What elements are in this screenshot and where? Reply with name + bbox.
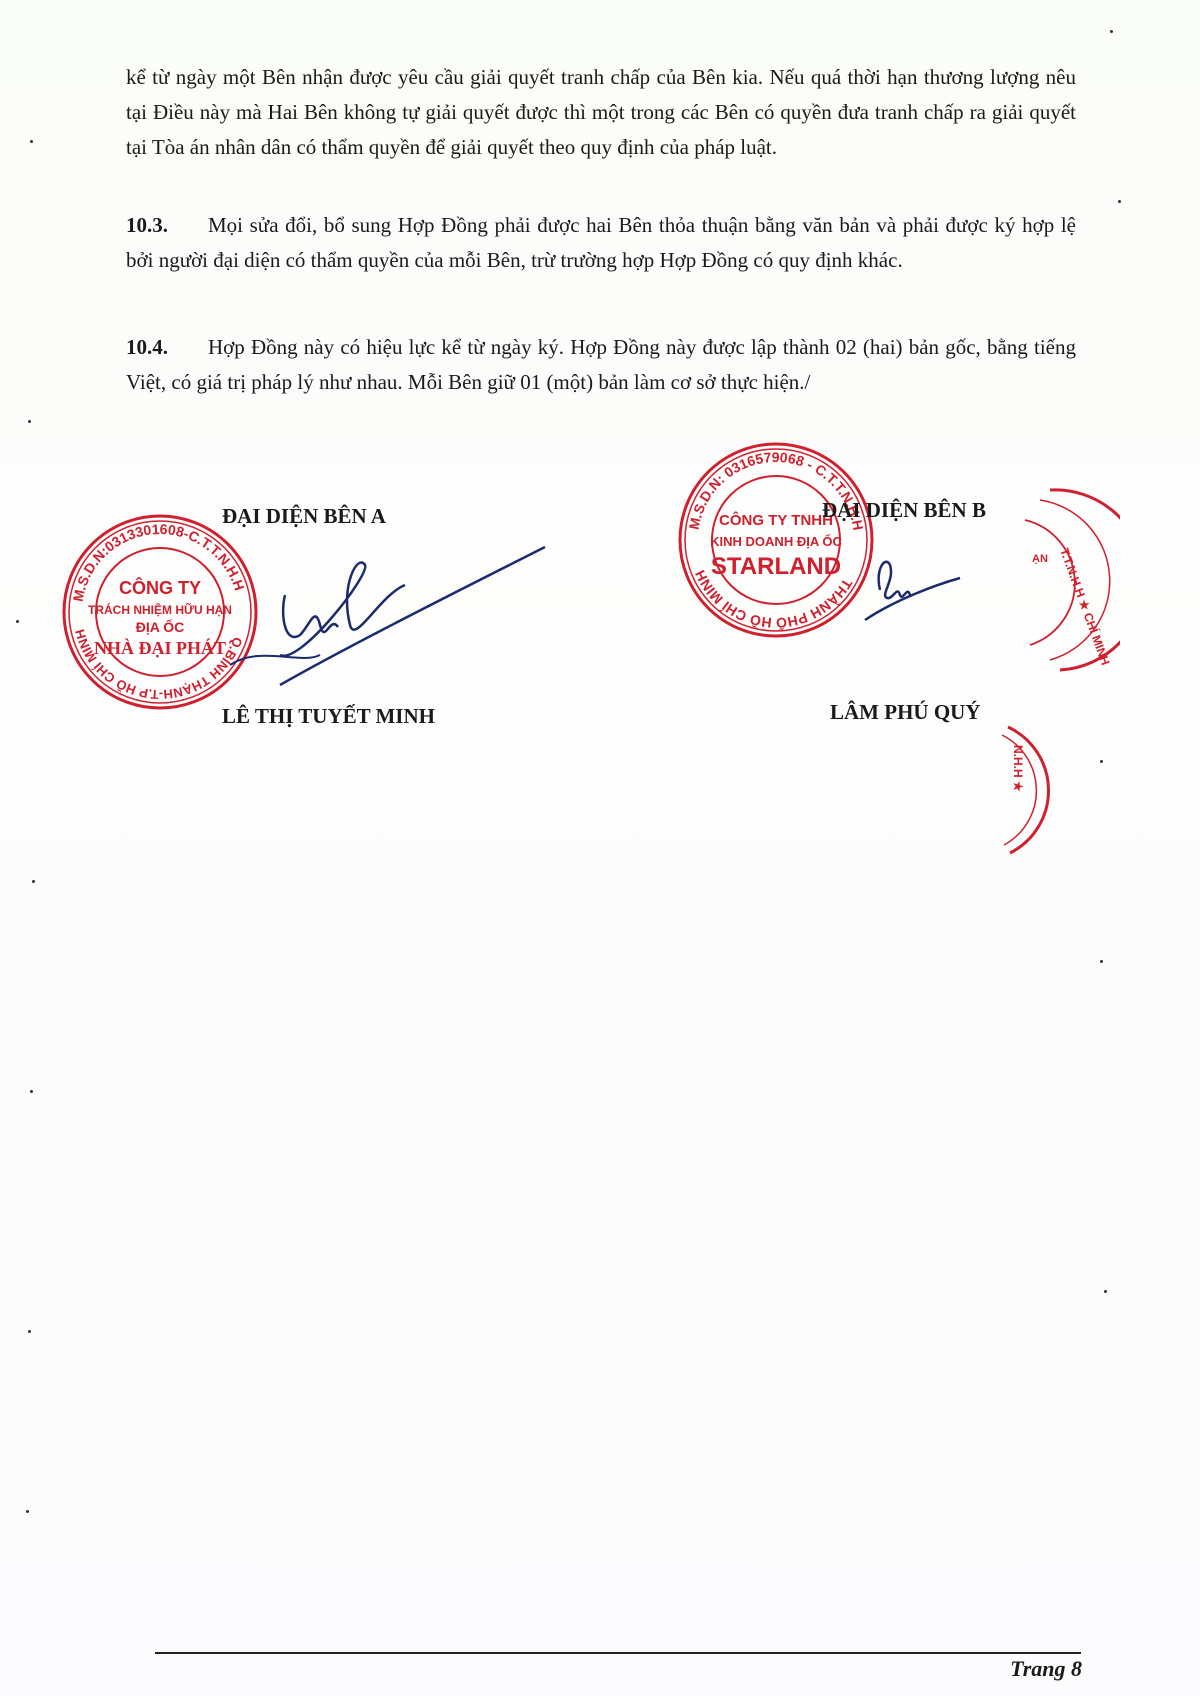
clause-10-4: 10.4.Hợp Đồng này có hiệu lực kể từ ngày… (126, 330, 1076, 400)
svg-text:T.T.N.H.H ★ CHÍ MINH: T.T.N.H.H ★ CHÍ MINH (1057, 546, 1113, 667)
party-b-title: ĐẠI DIỆN BÊN B (822, 498, 986, 523)
document-page: kể từ ngày một Bên nhận được yêu cầu giả… (0, 0, 1200, 1696)
scan-speck (30, 1090, 33, 1093)
scan-speck (1110, 30, 1113, 33)
scan-speck (1104, 1290, 1107, 1293)
clause-10-3: 10.3.Mọi sửa đổi, bổ sung Hợp Đồng phải … (126, 208, 1076, 278)
svg-text:CÔNG TY TNHH: CÔNG TY TNHH (719, 511, 833, 529)
clause-number: 10.3. (126, 208, 208, 243)
partial-seal-right-lower: N.H.H ★ (1000, 725, 1060, 855)
svg-text:KINH DOANH ĐỊA ỐC: KINH DOANH ĐỊA ỐC (710, 534, 842, 549)
scan-speck (32, 880, 35, 883)
scan-speck (26, 1510, 29, 1513)
clause-number: 10.4. (126, 330, 208, 365)
party-b-company-seal: M.S.D.N: 0316579068 - C.T.T.N.H.H THÀNH … (676, 440, 876, 640)
svg-text:ĐỊA ỐC: ĐỊA ỐC (136, 618, 184, 635)
clause-text: Hợp Đồng này có hiệu lực kể từ ngày ký. … (126, 335, 1076, 394)
scan-speck (16, 620, 19, 623)
svg-text:STARLAND: STARLAND (711, 553, 841, 580)
scan-speck (28, 1330, 31, 1333)
party-a-signer-name: LÊ THỊ TUYẾT MINH (222, 704, 435, 729)
partial-seal-right-upper: T.T.N.H.H ★ CHÍ MINH ẠN (1020, 480, 1120, 680)
clause-text: Mọi sửa đổi, bổ sung Hợp Đồng phải được … (126, 213, 1076, 272)
party-a-title: ĐẠI DIỆN BÊN A (222, 504, 386, 529)
paragraph-continuation: kể từ ngày một Bên nhận được yêu cầu giả… (126, 60, 1076, 165)
scan-speck (1100, 960, 1103, 963)
scan-speck (30, 140, 33, 143)
svg-text:CÔNG TY: CÔNG TY (119, 577, 201, 598)
scan-speck (28, 420, 31, 423)
svg-text:N.H.H ★: N.H.H ★ (1011, 745, 1025, 792)
party-b-signer-name: LÂM PHÚ QUÝ (830, 700, 981, 725)
footer-rule (155, 1652, 1081, 1654)
scan-speck (1100, 760, 1103, 763)
party-a-signature (190, 545, 550, 695)
party-b-signature (855, 550, 965, 625)
svg-text:ẠN: ẠN (1032, 553, 1048, 565)
page-number: Trang 8 (1010, 1656, 1082, 1682)
scan-speck (1118, 200, 1121, 203)
